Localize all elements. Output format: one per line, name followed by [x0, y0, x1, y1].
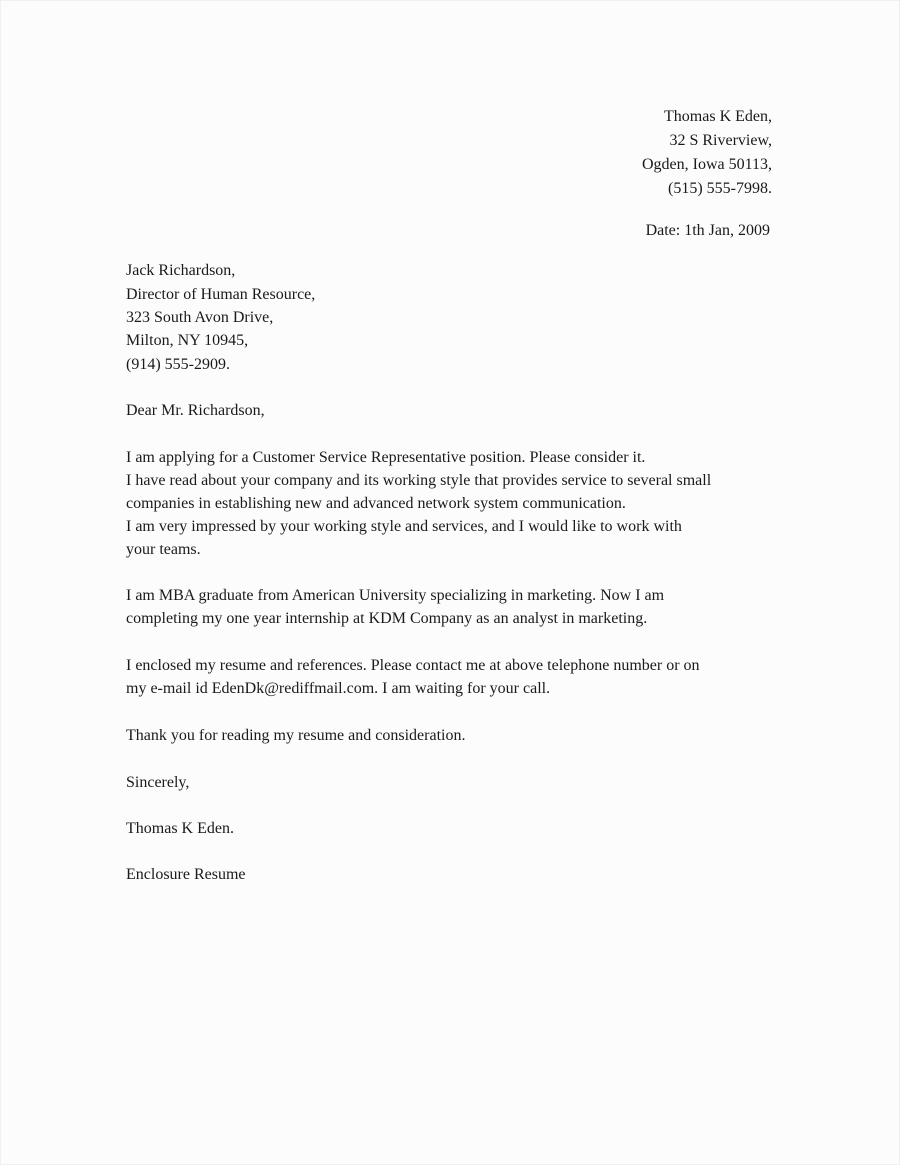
enclosure-note: Enclosure Resume [126, 863, 246, 887]
paragraph-line: I am very impressed by your working styl… [126, 515, 682, 539]
paragraph-line: I am MBA graduate from American Universi… [126, 584, 664, 608]
letter-page: Thomas K Eden, 32 S Riverview, Ogden, Io… [0, 0, 900, 1165]
sender-street: 32 S Riverview, [669, 129, 772, 153]
recipient-city: Milton, NY 10945, [126, 329, 248, 353]
sender-name: Thomas K Eden, [664, 105, 772, 129]
paragraph-line: I am applying for a Customer Service Rep… [126, 446, 645, 470]
letter-date: Date: 1th Jan, 2009 [646, 219, 770, 243]
paragraph-line: companies in establishing new and advanc… [126, 492, 626, 516]
paragraph-line: I have read about your company and its w… [126, 469, 711, 493]
paragraph-line: your teams. [126, 538, 201, 562]
salutation: Dear Mr. Richardson, [126, 399, 265, 423]
signature: Thomas K Eden. [126, 817, 234, 841]
paragraph-line: my e-mail id EdenDk@rediffmail.com. I am… [126, 677, 550, 701]
sender-phone: (515) 555-7998. [668, 177, 772, 201]
paragraph-line: completing my one year internship at KDM… [126, 607, 647, 631]
recipient-name: Jack Richardson, [126, 259, 235, 283]
recipient-title: Director of Human Resource, [126, 283, 315, 307]
paragraph-line: I enclosed my resume and references. Ple… [126, 654, 700, 678]
closing: Sincerely, [126, 771, 189, 795]
recipient-street: 323 South Avon Drive, [126, 306, 273, 330]
sender-city: Ogden, Iowa 50113, [642, 153, 772, 177]
recipient-phone: (914) 555-2909. [126, 353, 230, 377]
paragraph-line: Thank you for reading my resume and cons… [126, 724, 465, 748]
